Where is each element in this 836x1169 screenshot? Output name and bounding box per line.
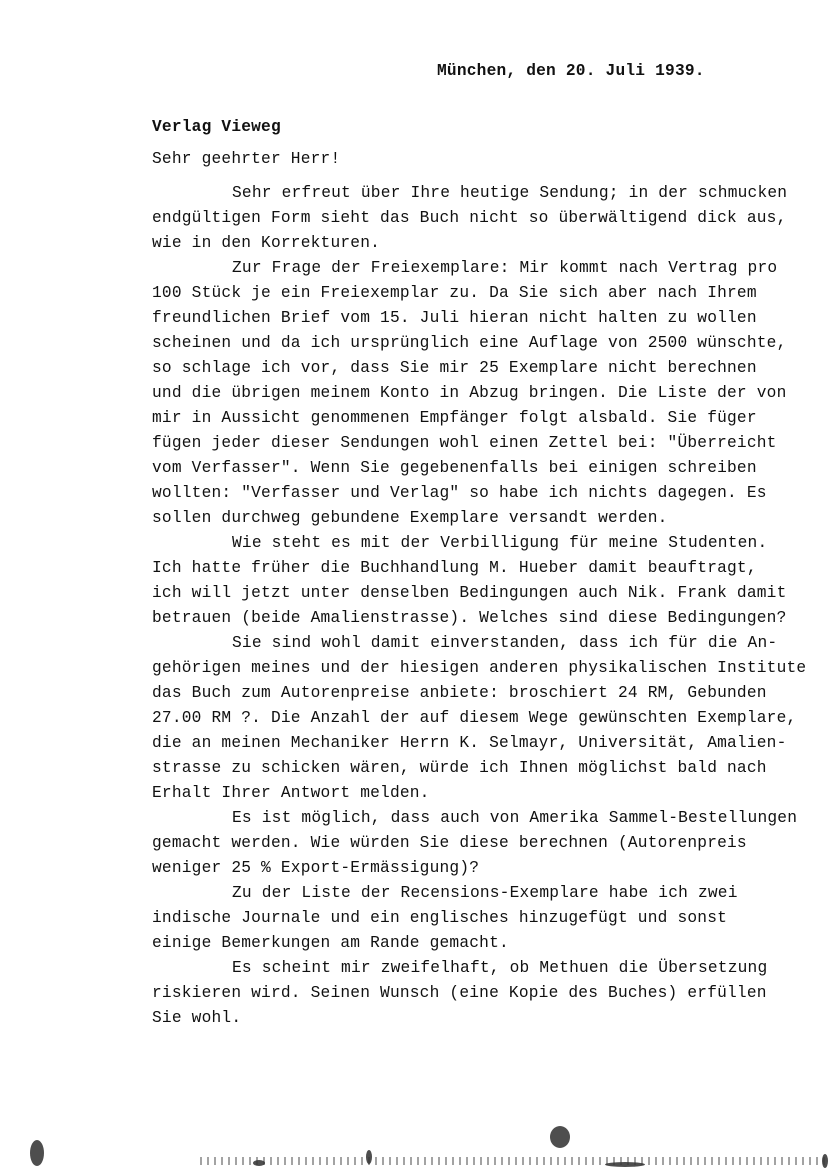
body-line: weniger 25 % Export-Ermässigung)?	[152, 856, 832, 881]
body-line: 100 Stück je ein Freiexemplar zu. Da Sie…	[152, 281, 832, 306]
body-line: Erhalt Ihrer Antwort melden.	[152, 781, 832, 806]
body-line: und die übrigen meinem Konto in Abzug br…	[152, 381, 832, 406]
scan-smudge	[30, 1140, 44, 1166]
body-line: mir in Aussicht genommenen Empfänger fol…	[152, 406, 832, 431]
date-line: München, den 20. Juli 1939.	[437, 62, 705, 80]
body-line: Zur Frage der Freiexemplare: Mir kommt n…	[152, 256, 832, 281]
salutation: Sehr geehrter Herr!	[152, 150, 340, 168]
body-line: ich will jetzt unter denselben Bedingung…	[152, 581, 832, 606]
body-line: sollen durchweg gebundene Exemplare vers…	[152, 506, 832, 531]
body-line: die an meinen Mechaniker Herrn K. Selmay…	[152, 731, 832, 756]
body-line: Sehr erfreut über Ihre heutige Sendung; …	[152, 181, 832, 206]
body-line: betrauen (beide Amalienstrasse). Welches…	[152, 606, 832, 631]
body-line: riskieren wird. Seinen Wunsch (eine Kopi…	[152, 981, 832, 1006]
letter-page: München, den 20. Juli 1939. Verlag Viewe…	[0, 0, 836, 1169]
letter-body: Sehr erfreut über Ihre heutige Sendung; …	[152, 181, 832, 1031]
body-line: endgültigen Form sieht das Buch nicht so…	[152, 206, 832, 231]
body-line: indische Journale und ein englisches hin…	[152, 906, 832, 931]
addressee: Verlag Vieweg	[152, 118, 281, 136]
body-line: fügen jeder dieser Sendungen wohl einen …	[152, 431, 832, 456]
scan-speckle	[200, 1157, 830, 1165]
body-line: Sie sind wohl damit einverstanden, dass …	[152, 631, 832, 656]
body-line: gehörigen meines und der hiesigen andere…	[152, 656, 832, 681]
body-line: gemacht werden. Wie würden Sie diese ber…	[152, 831, 832, 856]
body-line: scheinen und da ich ursprünglich eine Au…	[152, 331, 832, 356]
body-line: einige Bemerkungen am Rande gemacht.	[152, 931, 832, 956]
body-line: vom Verfasser". Wenn Sie gegebenenfalls …	[152, 456, 832, 481]
body-line: freundlichen Brief vom 15. Juli hieran n…	[152, 306, 832, 331]
body-line: das Buch zum Autorenpreise anbiete: bros…	[152, 681, 832, 706]
body-line: wie in den Korrekturen.	[152, 231, 832, 256]
body-line: wollten: "Verfasser und Verlag" so habe …	[152, 481, 832, 506]
body-line: 27.00 RM ?. Die Anzahl der auf diesem We…	[152, 706, 832, 731]
body-line: Es scheint mir zweifelhaft, ob Methuen d…	[152, 956, 832, 981]
body-line: Ich hatte früher die Buchhandlung M. Hue…	[152, 556, 832, 581]
body-line: so schlage ich vor, dass Sie mir 25 Exem…	[152, 356, 832, 381]
body-line: Es ist möglich, dass auch von Amerika Sa…	[152, 806, 832, 831]
body-line: Wie steht es mit der Verbilligung für me…	[152, 531, 832, 556]
body-line: strasse zu schicken wären, würde ich Ihn…	[152, 756, 832, 781]
body-line: Sie wohl.	[152, 1006, 832, 1031]
body-line: Zu der Liste der Recensions-Exemplare ha…	[152, 881, 832, 906]
scan-smudge	[550, 1126, 570, 1148]
